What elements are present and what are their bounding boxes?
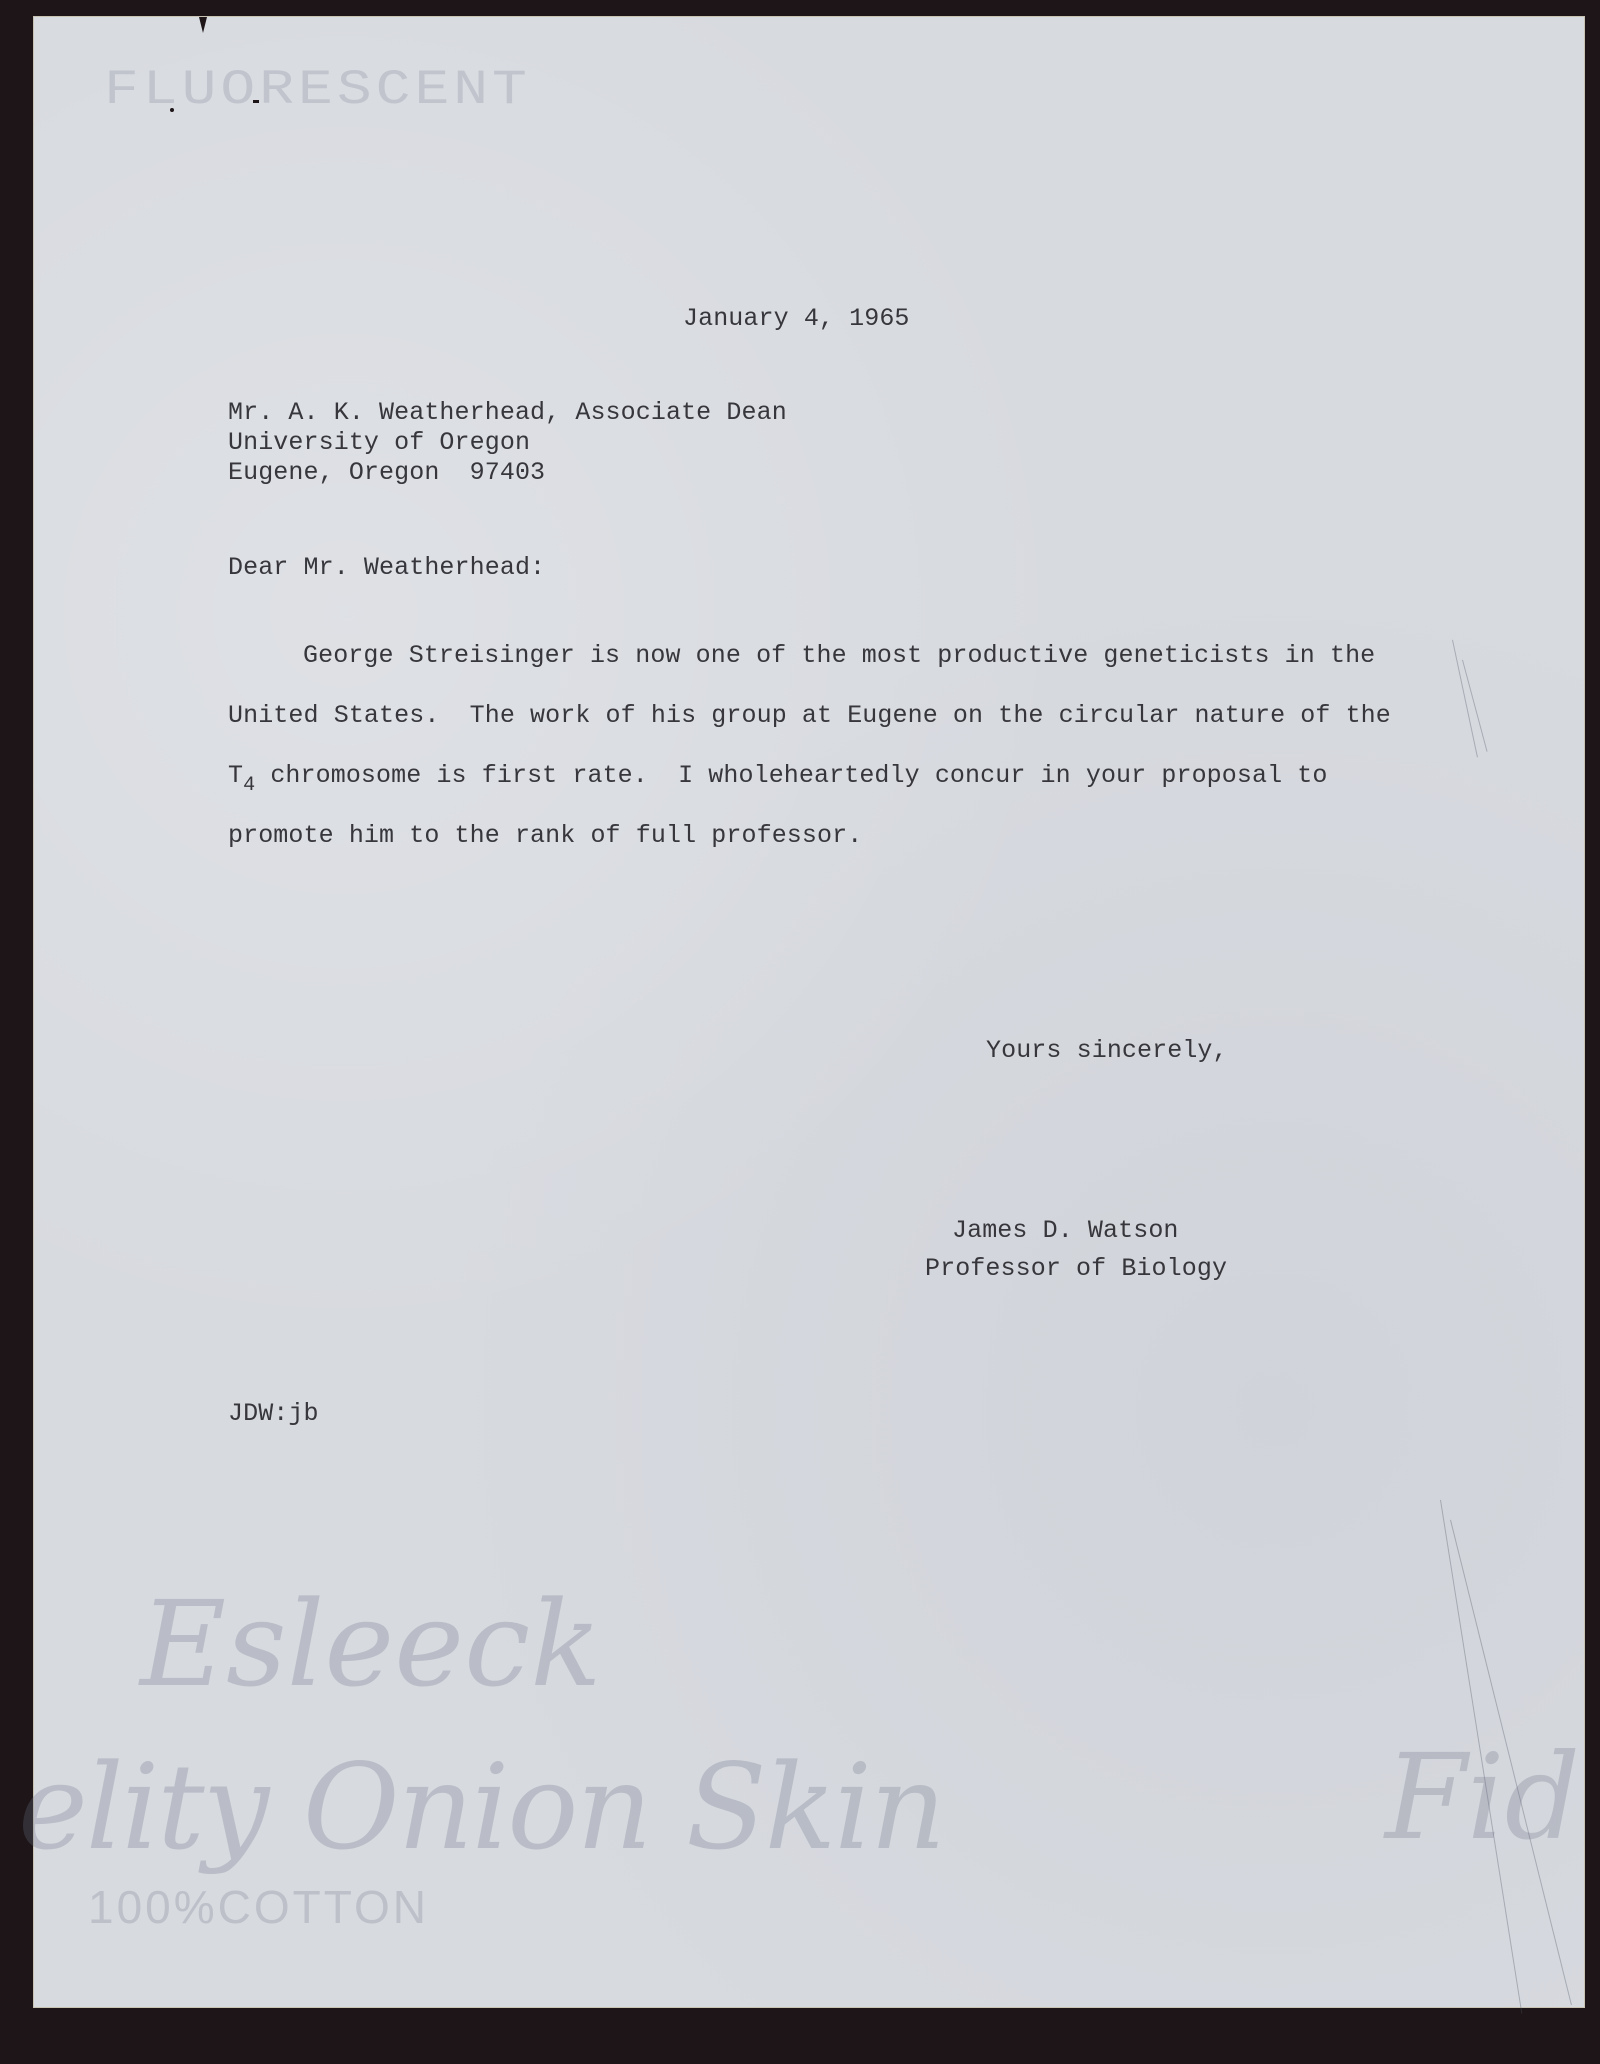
body-line-1: George Streisinger is now one of the mos… [303, 643, 1375, 668]
letter-date: January 4, 1965 [683, 306, 910, 331]
reference-initials: JDW:jb [228, 1401, 319, 1426]
recipient-line-1: Mr. A. K. Weatherhead, Associate Dean [228, 400, 787, 425]
body-line-2: United States. The work of his group at … [228, 703, 1391, 728]
paper-notch-mark [199, 17, 207, 33]
ink-speck [253, 100, 259, 103]
recipient-line-2: University of Oregon [228, 430, 530, 455]
body-line-3: T4 chromosome is first rate. I wholehear… [228, 763, 1328, 788]
body-line-3-subscript: 4 [243, 774, 255, 797]
body-line-3-rest: chromosome is first rate. I wholehearted… [255, 761, 1327, 790]
ink-speck [170, 108, 174, 112]
body-line-4: promote him to the rank of full professo… [228, 823, 862, 848]
recipient-line-3: Eugene, Oregon 97403 [228, 460, 545, 485]
signer-title: Professor of Biology [925, 1256, 1227, 1281]
signer-name: James D. Watson [952, 1218, 1179, 1243]
salutation: Dear Mr. Weatherhead: [228, 555, 545, 580]
closing: Yours sincerely, [986, 1038, 1228, 1063]
body-line-3-prefix: T [228, 761, 243, 790]
